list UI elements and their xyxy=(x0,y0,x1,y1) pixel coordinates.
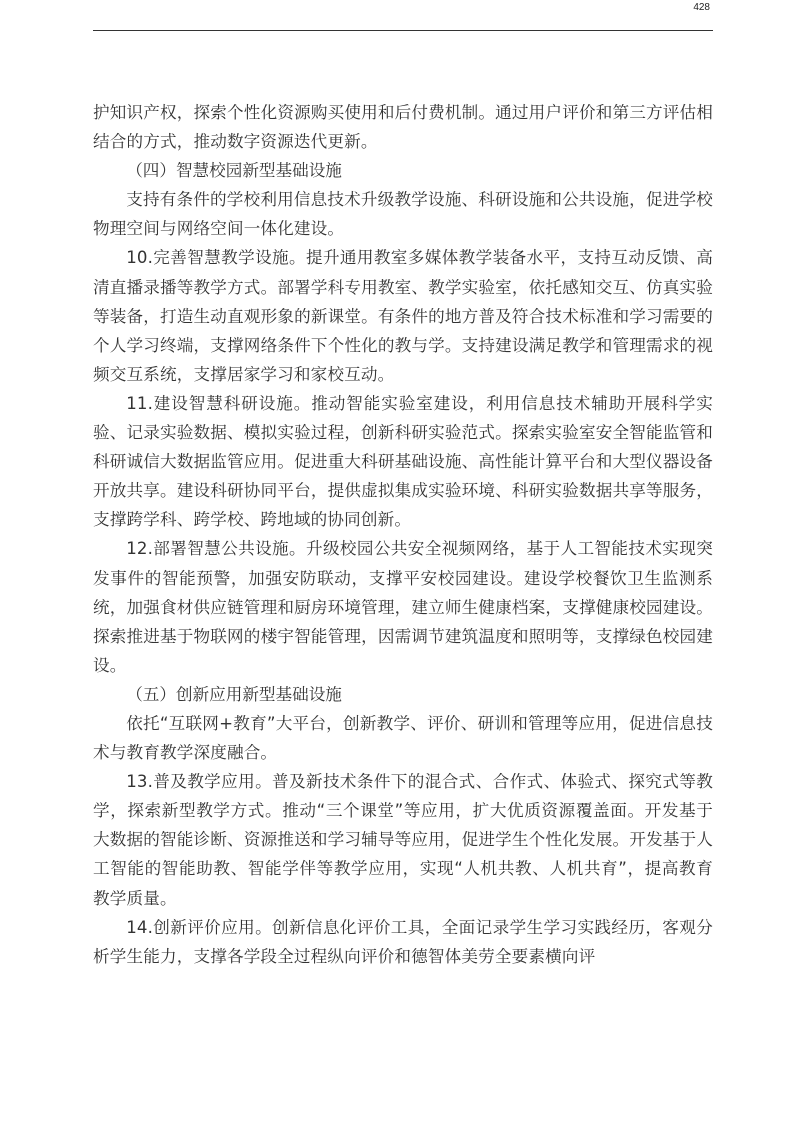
paragraph-item-14: 14.创新评价应用。创新信息化评价工具，全面记录学生学习实践经历，客观分析学生能… xyxy=(93,913,713,971)
section-heading-4: （四）智慧校园新型基础设施 xyxy=(93,156,713,185)
paragraph-continuation: 护知识产权，探索个性化资源购买使用和后付费机制。通过用户评价和第三方评估相结合的… xyxy=(93,98,713,156)
paragraph-section-5-intro: 依托“互联网+教育”大平台，创新教学、评价、研训和管理等应用，促进信息技术与教育… xyxy=(93,709,713,767)
paragraph-section-4-intro: 支持有条件的学校利用信息技术升级教学设施、科研设施和公共设施，促进学校物理空间与… xyxy=(93,185,713,243)
section-heading-5: （五）创新应用新型基础设施 xyxy=(93,680,713,709)
paragraph-item-10: 10.完善智慧教学设施。提升通用教室多媒体教学装备水平，支持互动反馈、高清直播录… xyxy=(93,243,713,388)
paragraph-item-12: 12.部署智慧公共设施。升级校园公共安全视频网络，基于人工智能技术实现突发事件的… xyxy=(93,534,713,679)
page-number: 428 xyxy=(693,2,710,13)
paragraph-item-13: 13.普及教学应用。普及新技术条件下的混合式、合作式、体验式、探究式等教学，探索… xyxy=(93,767,713,912)
paragraph-item-11: 11.建设智慧科研设施。推动智能实验室建设，利用信息技术辅助开展科学实验、记录实… xyxy=(93,389,713,534)
header-divider xyxy=(93,30,713,31)
document-body: 护知识产权，探索个性化资源购买使用和后付费机制。通过用户评价和第三方评估相结合的… xyxy=(93,98,713,971)
